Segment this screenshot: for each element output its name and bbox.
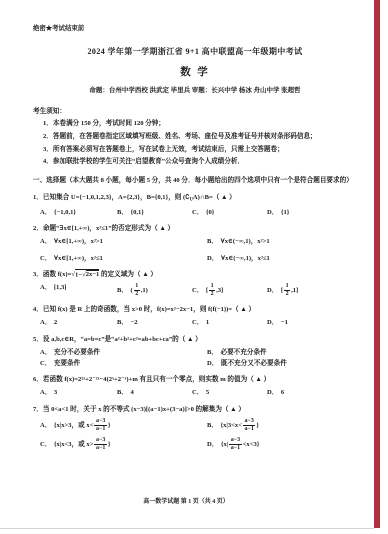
- option-c: C．∀x∈[1,+∞)，x²≤1: [40, 254, 207, 264]
- notice-heading: 考生须知：: [33, 107, 357, 117]
- question-2: 2．命题“∃x∈[1,+∞)，x²≤1”的否定形式为（ ▲ ） A．∀x∈[1,…: [33, 224, 357, 263]
- question-6: 6．若函数 f(x)=2²ˣ+2⁻²ˣ−4(2ˣ+2⁻ˣ)+m 有且只有一个零点…: [33, 375, 357, 398]
- question-1-stem: 1．已知集合 U={−1,0,1,2,3}，A={2,3}，B={0,1}，则 …: [33, 193, 357, 204]
- question-2-options: A．∀x∈[1,+∞)，x²>1 B．∀x∈(−∞,1)，x²>1 C．∀x∈[…: [33, 237, 357, 263]
- fraction: 12: [209, 283, 215, 298]
- question-6-stem: 6．若函数 f(x)=2²ˣ+2⁻²ˣ−4(2ˣ+2⁻ˣ)+m 有且只有一个零点…: [33, 375, 357, 385]
- page-edge-stripe: [374, 0, 380, 528]
- question-3-stem: 3．函数 f(x)=√1−√2x−1 的定义域为（ ▲ ）: [33, 270, 357, 280]
- option-c: C．充要条件: [40, 359, 207, 369]
- inner-radicand: 2x−1: [86, 270, 100, 278]
- question-4: 4．已知 f(x) 是 R 上的奇函数，当 x>0 时，f(x)=x²−2x−1…: [33, 305, 357, 328]
- fraction: a−3a−1: [94, 418, 106, 433]
- stem-text: A)∩B=（ ▲ ）: [193, 194, 236, 201]
- question-7-options: A．{x|x>3，或 x<a−3a−1} B．{x|3<x<a−3a−1} C．…: [33, 418, 357, 452]
- option-d: D．[12,1]: [267, 283, 357, 298]
- option-c: C．[12,3]: [192, 283, 267, 298]
- option-a: A．2: [40, 318, 117, 328]
- question-7-stem: 7．当 0<a<1 时，关于 x 的不等式 (x−3)[(a−1)x+(3−a)…: [33, 405, 357, 415]
- subject-title: 数 学: [33, 65, 357, 80]
- page-footer: 高一数学试题 第 1 页（共 4 页）: [0, 496, 372, 505]
- committee-line: 命题：台州中学西校 洪武定 毕里兵 审题：长兴中学 杨冰 舟山中学 张超哲: [33, 86, 357, 95]
- option-b: B．{x|3<x<a−3a−1}: [207, 418, 357, 433]
- stem-text: 的定义域为（ ▲ ）: [99, 271, 157, 278]
- option-d: D．−1: [267, 318, 357, 328]
- question-4-options: A．2 B．−2 C．1 D．−1: [33, 318, 357, 328]
- stem-text: 1．已知集合 U={−1,0,1,2,3}，A={2,3}，B={0,1}，则 …: [33, 194, 189, 201]
- option-c: C．{0}: [192, 208, 267, 218]
- exam-title: 2024 学年第一学期浙江省 9+1 高中联盟高一年级期中考试: [33, 46, 357, 58]
- fraction: 12: [134, 283, 140, 298]
- fraction: a−3a−1: [243, 418, 255, 433]
- exam-page: 绝密★考试结束前 2024 学年第一学期浙江省 9+1 高中联盟高一年级期中考试…: [0, 0, 388, 534]
- radicand: 1−√2x−1: [75, 269, 99, 279]
- fraction: 12: [284, 283, 290, 298]
- question-1: 1．已知集合 U={−1,0,1,2,3}，A={2,3}，B={0,1}，则 …: [33, 193, 357, 218]
- notice-item-3: 3．所有答案必须写在答题卷上，写在试卷上无效，考试结束后，只需上交答题卷；: [43, 145, 357, 155]
- option-c: C．1: [192, 318, 267, 328]
- fraction: a−3a−1: [94, 437, 106, 452]
- option-a: A．∀x∈[1,+∞)，x²>1: [40, 237, 207, 247]
- stem-text: 3．函数 f(x)=: [33, 271, 71, 278]
- question-4-stem: 4．已知 f(x) 是 R 上的奇函数，当 x>0 时，f(x)=x²−2x−1…: [33, 305, 357, 315]
- question-5-stem: 5．设 a,b,c∈R，“a=b=c”是“a²+b²+c²=ab+bc+ca”的…: [33, 335, 357, 345]
- option-d: D．既不充分又不必要条件: [207, 359, 357, 369]
- question-3-options: A．[1,3] B．(12,1) C．[12,3] D．[12,1]: [33, 283, 357, 298]
- notice-item-1: 1．本卷满分 150 分，考试时间 120 分钟；: [43, 119, 357, 129]
- section-heading: 一、选择题（本大题共 8 小题，每小题 5 分，共 40 分．每小题给出的四个选…: [33, 176, 357, 186]
- classification-label: 绝密★考试结束前: [33, 24, 357, 33]
- question-6-options: A．3 B．4 C．5 D．6: [33, 388, 357, 398]
- option-a: A．{x|x>3，或 x<a−3a−1}: [40, 418, 207, 433]
- fraction: a−3a−1: [229, 437, 241, 452]
- question-3: 3．函数 f(x)=√1−√2x−1 的定义域为（ ▲ ） A．[1,3] B．…: [33, 270, 357, 298]
- question-5-options: A．充分不必要条件 B．必要不充分条件 C．充要条件 D．既不充分又不必要条件: [33, 348, 357, 369]
- question-1-options: A．{−1,0,1} B．{0,1} C．{0} D．{1}: [33, 208, 357, 218]
- option-b: B．−2: [117, 318, 192, 328]
- option-a: A．[1,3]: [40, 283, 117, 298]
- question-5: 5．设 a,b,c∈R，“a=b=c”是“a²+b²+c²=ab+bc+ca”的…: [33, 335, 357, 369]
- option-a: A．3: [40, 388, 117, 398]
- notice-item-2: 2．答题前，在答题卷指定区域填写班级、姓名、考场、座位号及准考证号并核对条形码信…: [43, 132, 357, 142]
- option-d: D．{x|a−3a−1<x<3}: [207, 437, 357, 452]
- option-d: D．{1}: [267, 208, 357, 218]
- option-d: D．∀x∈(−∞,1)，x²≤1: [207, 254, 357, 264]
- option-a: A．{−1,0,1}: [40, 208, 117, 218]
- notice-item-4: 4．参加联批学校的学生可关注“启望教育”公众号查询个人成绩分析．: [43, 157, 357, 167]
- option-a: A．充分不必要条件: [40, 348, 207, 358]
- question-2-stem: 2．命题“∃x∈[1,+∞)，x²≤1”的否定形式为（ ▲ ）: [33, 224, 357, 234]
- page-content: 绝密★考试结束前 2024 学年第一学期浙江省 9+1 高中联盟高一年级期中考试…: [33, 24, 357, 451]
- option-b: B．{0,1}: [117, 208, 192, 218]
- option-c: C．5: [192, 388, 267, 398]
- option-b: B．(12,1): [117, 283, 192, 298]
- option-b: B．4: [117, 388, 192, 398]
- question-7: 7．当 0<a<1 时，关于 x 的不等式 (x−3)[(a−1)x+(3−a)…: [33, 405, 357, 452]
- option-d: D．6: [267, 388, 357, 398]
- option-c: C．{x|x<3，或 x>a−3a−1}: [40, 437, 207, 452]
- page-bottom-edge: [0, 528, 374, 529]
- option-b: B．必要不充分条件: [207, 348, 357, 358]
- notice-block: 考生须知： 1．本卷满分 150 分，考试时间 120 分钟； 2．答题前，在答…: [33, 107, 357, 167]
- option-b: B．∀x∈(−∞,1)，x²>1: [207, 237, 357, 247]
